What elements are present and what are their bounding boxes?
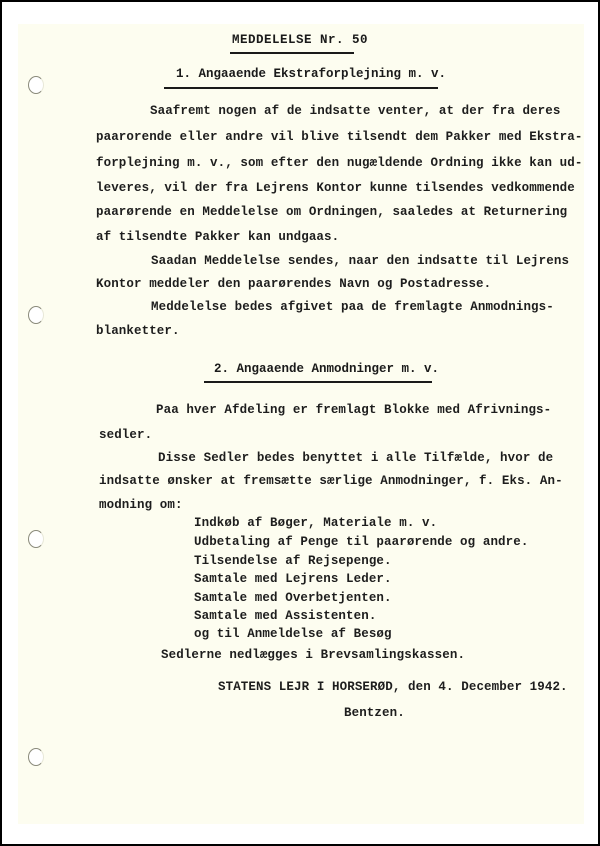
list-item: Tilsendelse af Rejsepenge. [194, 554, 392, 568]
text-line: Meddelelse bedes afgivet paa de fremlagt… [151, 300, 554, 314]
text-line: blanketter. [96, 324, 180, 338]
text-line: indsatte ønsker at fremsætte særlige Anm… [99, 474, 563, 488]
signature: Bentzen. [344, 706, 405, 720]
text-line: af tilsendte Pakker kan undgaas. [96, 230, 339, 244]
text-line: sedler. [99, 428, 152, 442]
text-line: modning om: [99, 498, 183, 512]
text-line: leveres, vil der fra Lejrens Kontor kunn… [96, 181, 575, 195]
text-line: Saadan Meddelelse sendes, naar den indsa… [151, 254, 569, 268]
text-line: Paa hver Afdeling er fremlagt Blokke med… [156, 403, 551, 417]
text-line: Disse Sedler bedes benyttet i alle Tilfæ… [158, 451, 553, 465]
closing-line: Sedlerne nedlægges i Brevsamlingskassen. [161, 648, 465, 662]
section2-heading: 2. Angaaende Anmodninger m. v. [214, 362, 439, 376]
list-item: Samtale med Lejrens Leder. [194, 572, 392, 586]
dateline: STATENS LEJR I HORSERØD, den 4. December… [218, 680, 568, 694]
list-item: Udbetaling af Penge til paarørende og an… [194, 535, 528, 549]
punch-hole-3 [28, 530, 44, 548]
text-line: Saafremt nogen af de indsatte venter, at… [150, 104, 560, 118]
list-item: Samtale med Assistenten. [194, 609, 376, 623]
section1-heading: 1. Angaaende Ekstraforplejning m. v. [176, 67, 446, 81]
list-item: og til Anmeldelse af Besøg [194, 627, 392, 641]
text-line: Kontor meddeler den paarørendes Navn og … [96, 277, 491, 291]
document-title: MEDDELELSE Nr. 50 [232, 33, 368, 47]
text-line: paarørende en Meddelelse om Ordningen, s… [96, 205, 567, 219]
punch-hole-1 [28, 76, 44, 94]
section1-underline [164, 87, 438, 89]
list-item: Samtale med Overbetjenten. [194, 591, 392, 605]
document-page [18, 24, 584, 824]
section2-underline [204, 381, 432, 383]
text-line: forplejning m. v., som efter den nugælde… [96, 156, 582, 170]
title-underline [230, 52, 354, 54]
list-item: Indkøb af Bøger, Materiale m. v. [194, 516, 437, 530]
punch-hole-2 [28, 306, 44, 324]
punch-hole-4 [28, 748, 44, 766]
text-line: paarorende eller andre vil blive tilsend… [96, 130, 582, 144]
